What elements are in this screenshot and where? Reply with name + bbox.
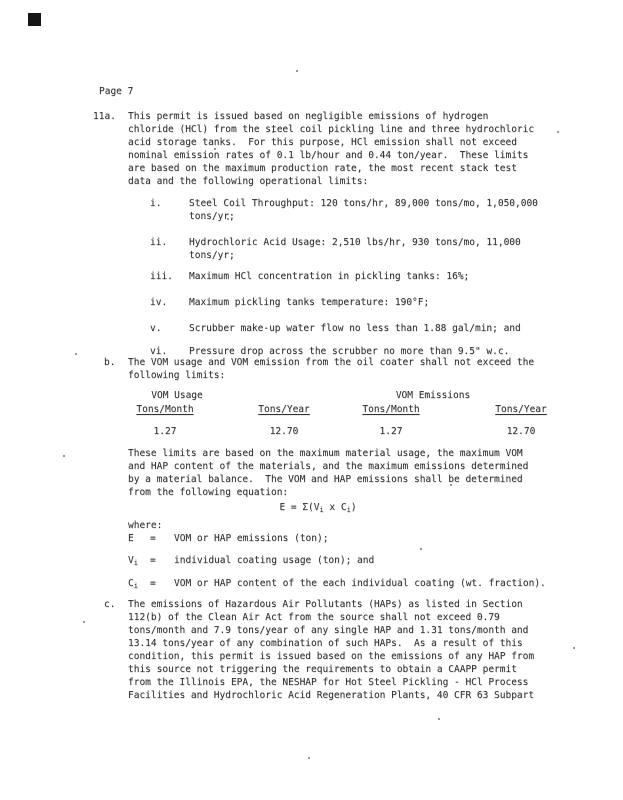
definition-text: individual coating usage (ton); and <box>174 554 374 570</box>
section-c-paragraph: The emissions of Hazardous Air Pollutant… <box>128 598 562 702</box>
table-value: 1.27 <box>130 425 200 438</box>
table-value: 1.27 <box>356 425 426 438</box>
where-label: where: <box>128 519 162 532</box>
list-item: Hydrochloric Acid Usage: 2,510 lbs/hr, 9… <box>189 236 561 262</box>
list-item-numeral: iii. <box>150 270 173 283</box>
scan-speckle <box>450 484 452 486</box>
table-column-header: Tons/Year <box>486 403 556 416</box>
section-b-paragraph: The VOM usage and VOM emission from the … <box>128 356 558 382</box>
equals-sign: = <box>150 577 174 593</box>
list-item-numeral: v. <box>150 322 161 335</box>
section-a-label: 11a. <box>93 110 116 123</box>
table-group-header-vom-emissions: VOM Emissions <box>358 389 508 402</box>
scan-speckle <box>214 148 216 150</box>
scan-speckle <box>75 353 77 355</box>
section-b-basis-paragraph: These limits are based on the maximum ma… <box>128 447 558 499</box>
definition-row: E = VOM or HAP emissions (ton); <box>128 532 328 548</box>
table-group-header-vom-usage: VOM Usage <box>102 389 252 402</box>
definition-text: VOM or HAP content of the each individua… <box>174 577 546 593</box>
scanned-permit-page: Page 7 11a. This permit is issued based … <box>0 0 623 800</box>
table-column-header: Tons/Month <box>130 403 200 416</box>
definition-row: Ci = VOM or HAP content of the each indi… <box>128 577 546 593</box>
section-a-paragraph: This permit is issued based on negligibl… <box>128 110 558 188</box>
list-item-numeral: ii. <box>150 236 167 249</box>
equals-sign: = <box>150 554 174 570</box>
scan-corner-mark <box>28 13 41 26</box>
definition-row: Vi = individual coating usage (ton); and <box>128 554 374 570</box>
scan-speckle <box>308 757 310 759</box>
scan-speckle <box>573 647 575 649</box>
table-value: 12.70 <box>249 425 319 438</box>
list-item: Maximum HCl concentration in pickling ta… <box>189 270 561 283</box>
page-number: Page 7 <box>99 85 133 98</box>
equation-infix: x C <box>324 502 347 513</box>
scan-speckle <box>420 548 422 550</box>
list-item-numeral: iv. <box>150 296 167 309</box>
equation-suffix: ) <box>351 502 357 513</box>
emission-equation: E = Σ(Vi x Ci) <box>128 501 508 517</box>
definition-symbol: Ci <box>128 577 150 593</box>
scan-speckle <box>557 131 559 133</box>
scan-speckle <box>296 70 298 72</box>
equals-sign: = <box>150 532 174 548</box>
scan-speckle <box>83 621 85 623</box>
section-c-label: c. <box>104 598 115 611</box>
list-item: Scrubber make-up water flow no less than… <box>189 322 561 335</box>
section-b-label: b. <box>104 356 115 369</box>
symbol-subscript: i <box>134 582 138 590</box>
symbol-base: E <box>128 533 134 544</box>
scan-speckle <box>227 218 229 220</box>
scan-speckle <box>272 131 274 133</box>
equation-prefix: E = Σ(V <box>279 502 319 513</box>
definition-symbol: Vi <box>128 554 150 570</box>
list-item: Maximum pickling tanks temperature: 190°… <box>189 296 561 309</box>
table-column-header: Tons/Month <box>356 403 426 416</box>
symbol-subscript: i <box>134 559 138 567</box>
list-item-numeral: i. <box>150 197 161 210</box>
table-column-header: Tons/Year <box>249 403 319 416</box>
scan-speckle <box>63 455 65 457</box>
table-value: 12.70 <box>486 425 556 438</box>
scan-speckle <box>438 718 440 720</box>
definition-text: VOM or HAP emissions (ton); <box>174 532 328 548</box>
definition-symbol: E <box>128 532 150 548</box>
list-item: Steel Coil Throughput: 120 tons/hr, 89,0… <box>189 197 561 223</box>
